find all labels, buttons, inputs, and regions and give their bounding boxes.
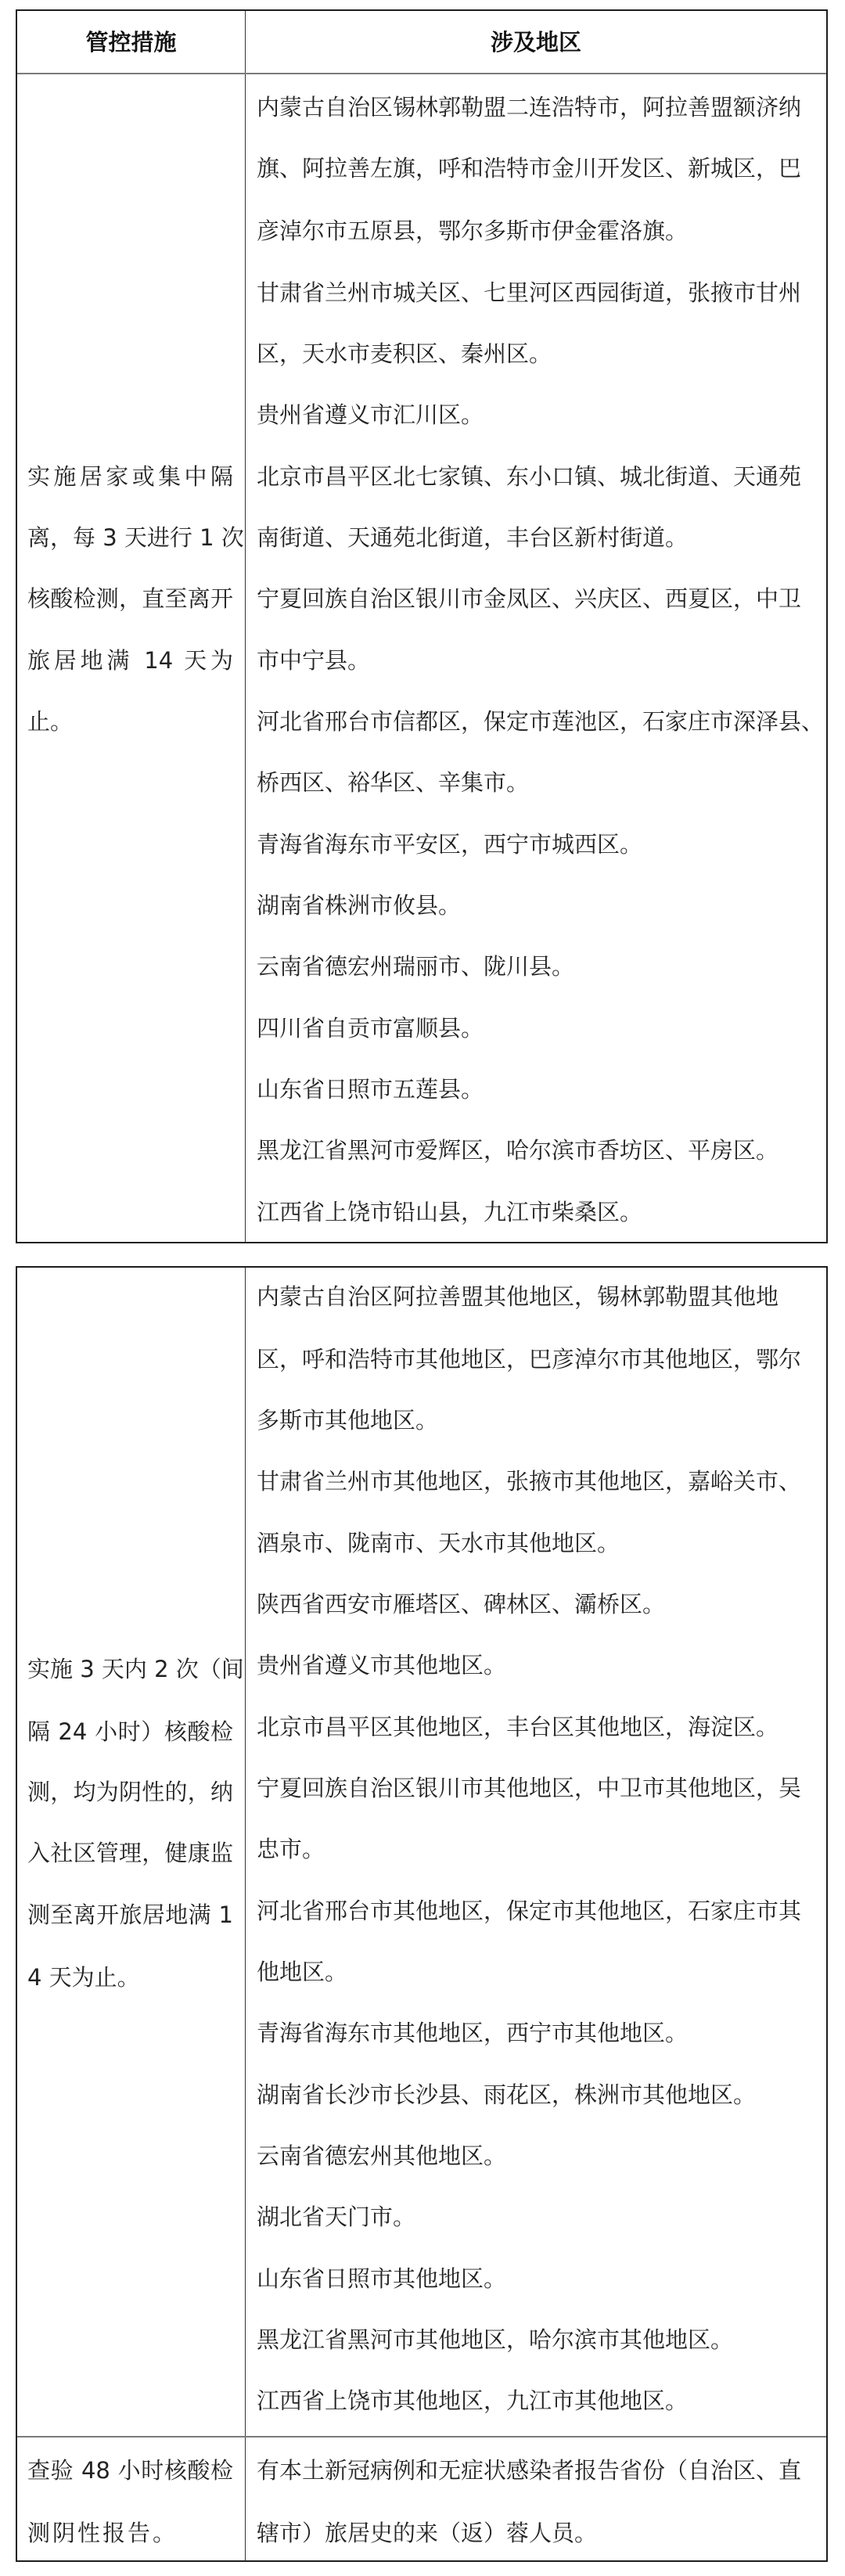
region-line: 市中宁县。	[257, 645, 370, 676]
region-line: 甘肃省兰州市城关区、七里河区西园街道，张掖市甘州	[257, 277, 801, 308]
column-divider	[245, 11, 246, 1242]
header-regions: 涉及地区	[246, 27, 826, 58]
measure-line: 隔 24 小时）核酸检	[27, 1716, 233, 1747]
measure-line: 实施居家或集中隔	[27, 461, 233, 492]
region-line: 河北省邢台市其他地区，保定市其他地区，石家庄市其	[257, 1895, 801, 1927]
region-line: 他地区。	[257, 1956, 347, 1988]
region-line: 江西省上饶市其他地区，九江市其他地区。	[257, 2385, 688, 2416]
region-line: 云南省德宏州其他地区。	[257, 2140, 506, 2171]
region-line: 彦淖尔市五原县，鄂尔多斯市伊金霍洛旗。	[257, 215, 688, 246]
region-line: 北京市昌平区其他地区，丰台区其他地区，海淀区。	[257, 1711, 778, 1743]
region-line: 南街道、天通苑北街道，丰台区新村街道。	[257, 522, 688, 553]
region-line: 内蒙古自治区锡林郭勒盟二连浩特市，阿拉善盟额济纳	[257, 92, 801, 123]
region-line: 黑龙江省黑河市其他地区，哈尔滨市其他地区。	[257, 2324, 733, 2355]
region-line: 辖市）旅居史的来（返）蓉人员。	[257, 2517, 597, 2549]
region-line: 江西省上饶市铅山县，九江市柴桑区。	[257, 1196, 642, 1228]
region-line: 酒泉市、陇南市、天水市其他地区。	[257, 1527, 620, 1559]
measure-line: 4 天为止。	[27, 1962, 140, 1993]
region-line: 陕西省西安市雁塔区、碑林区、灞桥区。	[257, 1588, 665, 1620]
control-measures-table-part-1: 管控措施 涉及地区 实施居家或集中隔 离，每 3 天进行 1 次 核酸检测，直至…	[16, 9, 828, 1243]
measure-line: 止。	[27, 706, 73, 737]
region-line: 忠市。	[257, 1833, 325, 1865]
region-line: 甘肃省兰州市其他地区，张掖市其他地区，嘉峪关市、	[257, 1466, 801, 1497]
measure-line: 核酸检测，直至离开	[27, 583, 233, 614]
region-line: 青海省海东市其他地区，西宁市其他地区。	[257, 2017, 688, 2049]
measure-line: 测阴性报告。	[27, 2517, 178, 2549]
region-line: 青海省海东市平安区，西宁市城西区。	[257, 829, 642, 860]
region-line: 湖北省天门市。	[257, 2201, 415, 2232]
region-line: 湖南省长沙市长沙县、雨花区，株洲市其他地区。	[257, 2079, 756, 2110]
region-line: 多斯市其他地区。	[257, 1405, 438, 1436]
region-line: 北京市昌平区北七家镇、东小口镇、城北街道、天通苑	[257, 461, 801, 492]
column-divider	[245, 1268, 246, 2560]
region-line: 有本土新冠病例和无症状感染者报告省份（自治区、直	[257, 2455, 801, 2486]
measure-line: 旅居地满 14 天为	[27, 645, 233, 676]
region-line: 贵州省遵义市其他地区。	[257, 1650, 506, 1681]
region-line: 区，呼和浩特市其他地区，巴彦淖尔市其他地区，鄂尔	[257, 1344, 801, 1375]
region-line: 贵州省遵义市汇川区。	[257, 399, 484, 430]
row-divider	[17, 2436, 826, 2437]
region-line: 云南省德宏州瑞丽市、陇川县。	[257, 951, 574, 982]
region-line: 黑龙江省黑河市爱辉区，哈尔滨市香坊区、平房区。	[257, 1135, 778, 1166]
measure-line: 实施 3 天内 2 次（间	[27, 1653, 233, 1685]
region-line: 湖南省株洲市攸县。	[257, 890, 461, 921]
control-measures-table-part-2: 实施 3 天内 2 次（间 隔 24 小时）核酸检 测，均为阴性的，纳 入社区管…	[16, 1266, 828, 2562]
region-line: 旗、阿拉善左旗，呼和浩特市金川开发区、新城区，巴	[257, 153, 801, 184]
region-line: 桥西区、裕华区、辛集市。	[257, 767, 529, 798]
header-divider	[17, 73, 826, 74]
region-line: 河北省邢台市信都区，保定市莲池区，石家庄市深泽县、	[257, 706, 824, 737]
region-line: 内蒙古自治区阿拉善盟其他地区，锡林郭勒盟其他地	[257, 1281, 778, 1312]
measure-line: 离，每 3 天进行 1 次	[27, 522, 233, 553]
header-measures: 管控措施	[17, 27, 245, 58]
region-line: 宁夏回族自治区银川市金凤区、兴庆区、西夏区，中卫	[257, 583, 801, 614]
measure-line: 测至离开旅居地满 1	[27, 1899, 233, 1930]
region-line: 山东省日照市其他地区。	[257, 2263, 506, 2294]
region-line: 区，天水市麦积区、秦州区。	[257, 338, 552, 369]
measure-line: 测，均为阴性的，纳	[27, 1776, 233, 1808]
region-line: 山东省日照市五莲县。	[257, 1074, 484, 1105]
measure-line: 入社区管理，健康监	[27, 1837, 233, 1869]
region-line: 宁夏回族自治区银川市其他地区，中卫市其他地区，吴	[257, 1772, 801, 1804]
measure-line: 查验 48 小时核酸检	[27, 2455, 233, 2486]
region-line: 四川省自贡市富顺县。	[257, 1013, 484, 1044]
